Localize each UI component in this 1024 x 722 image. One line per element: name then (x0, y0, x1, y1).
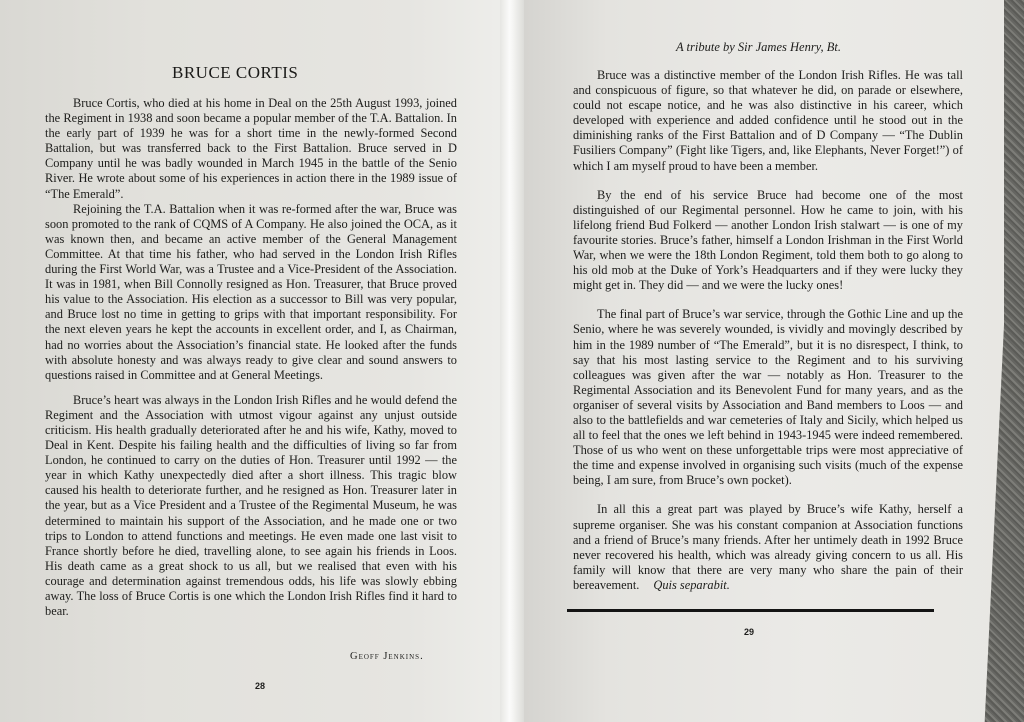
article-title: BRUCE CORTIS (172, 63, 298, 83)
open-booklet-spread: BRUCE CORTIS Bruce Cortis, who died at h… (0, 0, 1024, 722)
paragraph: The final part of Bruce’s war service, t… (573, 307, 963, 488)
paragraph: Bruce’s heart was always in the London I… (45, 393, 457, 619)
paragraph: By the end of his service Bruce had beco… (573, 188, 963, 294)
paragraph: Bruce Cortis, who died at his home in De… (45, 96, 457, 202)
paragraph-final: In all this a great part was played by B… (573, 502, 963, 593)
paragraph-text: In all this a great part was played by B… (573, 502, 963, 591)
page-number-left: 28 (255, 681, 265, 691)
book-gutter (500, 0, 524, 722)
closing-motto: Quis separabit. (653, 578, 729, 592)
author-signature: Geoff Jenkins. (350, 651, 424, 662)
tribute-byline: A tribute by Sir James Henry, Bt. (676, 40, 841, 55)
section-divider-rule (567, 609, 934, 612)
page-number-right: 29 (744, 627, 754, 637)
left-page-body: Bruce Cortis, who died at his home in De… (45, 96, 457, 619)
paragraph: Rejoining the T.A. Battalion when it was… (45, 202, 457, 383)
paragraph: Bruce was a distinctive member of the Lo… (573, 68, 963, 174)
right-page-body: Bruce was a distinctive member of the Lo… (573, 68, 963, 607)
